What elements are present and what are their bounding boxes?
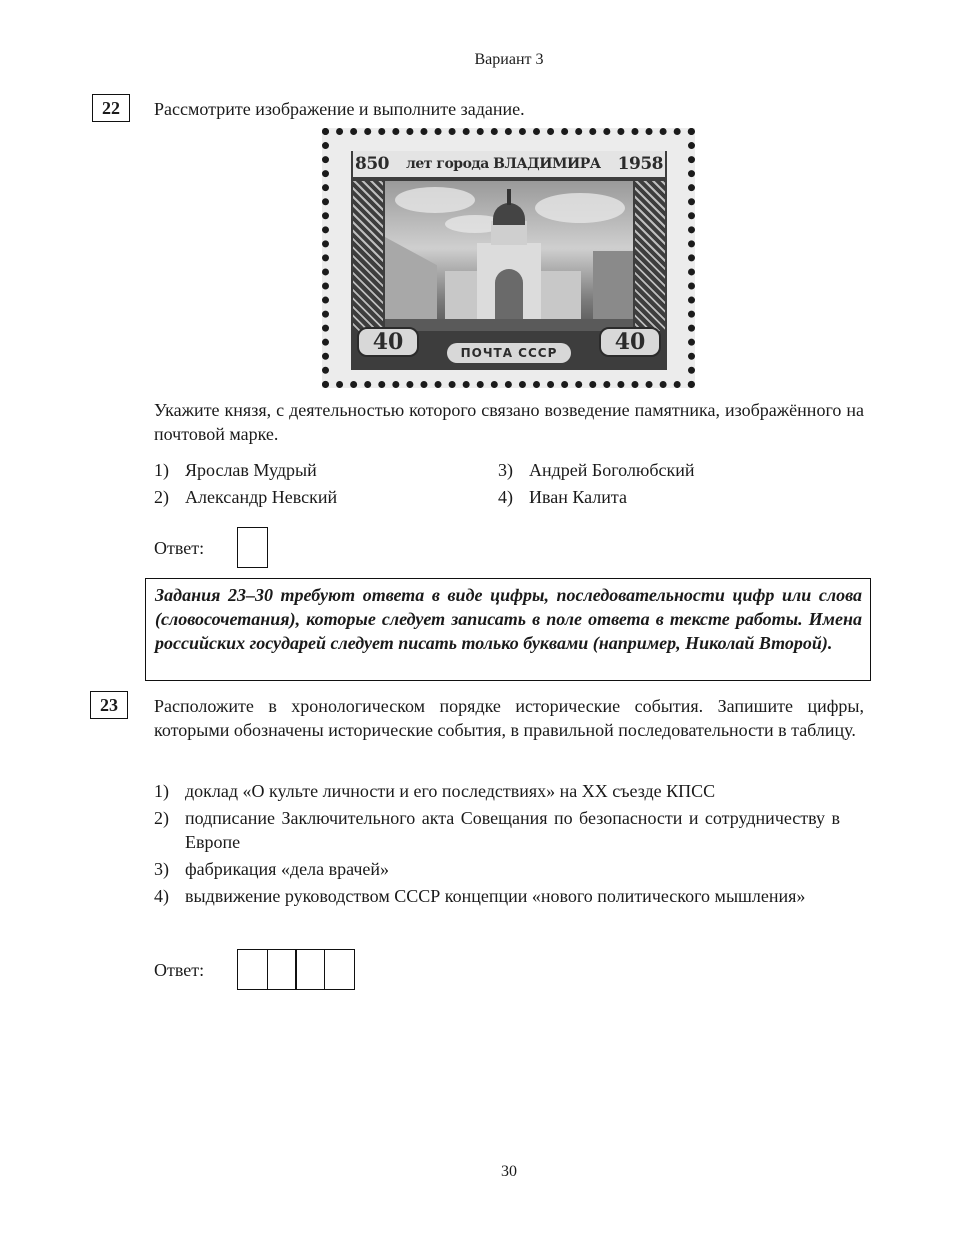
task22-option-3: 3)Андрей Боголюбский [498,458,695,482]
page-number: 30 [0,1163,975,1181]
event-text: выдвижение руководством СССР концепции «… [185,884,840,908]
event-text: подписание Заключительного акта Совещани… [185,806,840,854]
task23-answer-label: Ответ: [154,960,204,981]
task22-option-2: 2)Александр Невский [154,485,337,509]
option-number: 1) [154,458,185,482]
task22-option-1: 1)Ярослав Мудрый [154,458,317,482]
stamp-value-right: 40 [599,327,661,357]
stamp-title-year: 1958 [618,151,663,177]
option-text: Ярослав Мудрый [185,460,317,480]
task22-intro: Рассмотрите изображение и выполните зада… [154,97,525,121]
event-number: 2) [154,806,185,854]
task23-answer-cell-4[interactable] [324,949,355,990]
task-number-23: 23 [90,691,128,719]
event-text: фабрикация «дела врачей» [185,857,840,881]
option-text: Иван Калита [529,487,627,507]
event-number: 4) [154,884,185,908]
variant-header: Вариант 3 [0,51,975,69]
task22-answer-field[interactable] [237,527,268,568]
task22-option-4: 4)Иван Калита [498,485,627,509]
task23-event-2: 2)подписание Заключительного акта Совеща… [154,806,840,854]
task23-question: Расположите в хронологическом порядке ис… [154,694,864,742]
task23-event-1: 1)доклад «О культе личности и его послед… [154,779,840,803]
option-text: Александр Невский [185,487,337,507]
option-number: 3) [498,458,529,482]
stamp-ornament-left [353,181,383,331]
stamp-design: 850 лет города ВЛАДИМИРА 1958 40 40 ПОЧТ… [351,151,667,370]
event-number: 1) [154,779,185,803]
option-number: 2) [154,485,185,509]
task22-question: Укажите князя, с деятельностью которого … [154,398,864,446]
instructions-notice: Задания 23–30 требуют ответа в виде цифр… [145,578,871,681]
task23-answer-cell-2[interactable] [267,949,297,990]
task23-event-4: 4)выдвижение руководством СССР концепции… [154,884,840,908]
task23-answer-cell-1[interactable] [237,949,268,990]
option-number: 4) [498,485,529,509]
stamp-title-number: 850 [355,151,389,177]
task23-answer-table [237,949,355,990]
task-number-22: 22 [92,94,130,122]
task22-answer-label: Ответ: [154,538,204,559]
postage-stamp-image: 850 лет города ВЛАДИМИРА 1958 40 40 ПОЧТ… [322,128,695,388]
stamp-postal-label: ПОЧТА СССР [447,343,571,363]
stamp-ornament-right [635,181,665,331]
task23-answer-cell-3[interactable] [295,949,325,990]
option-text: Андрей Боголюбский [529,460,695,480]
task23-event-3: 3)фабрикация «дела врачей» [154,857,840,881]
stamp-value-left: 40 [357,327,419,357]
stamp-title-text: лет города ВЛАДИМИРА [406,151,601,177]
event-text: доклад «О культе личности и его последст… [185,779,840,803]
golden-gate-picture [385,181,633,331]
event-number: 3) [154,857,185,881]
stamp-title: 850 лет города ВЛАДИМИРА 1958 [353,151,665,177]
